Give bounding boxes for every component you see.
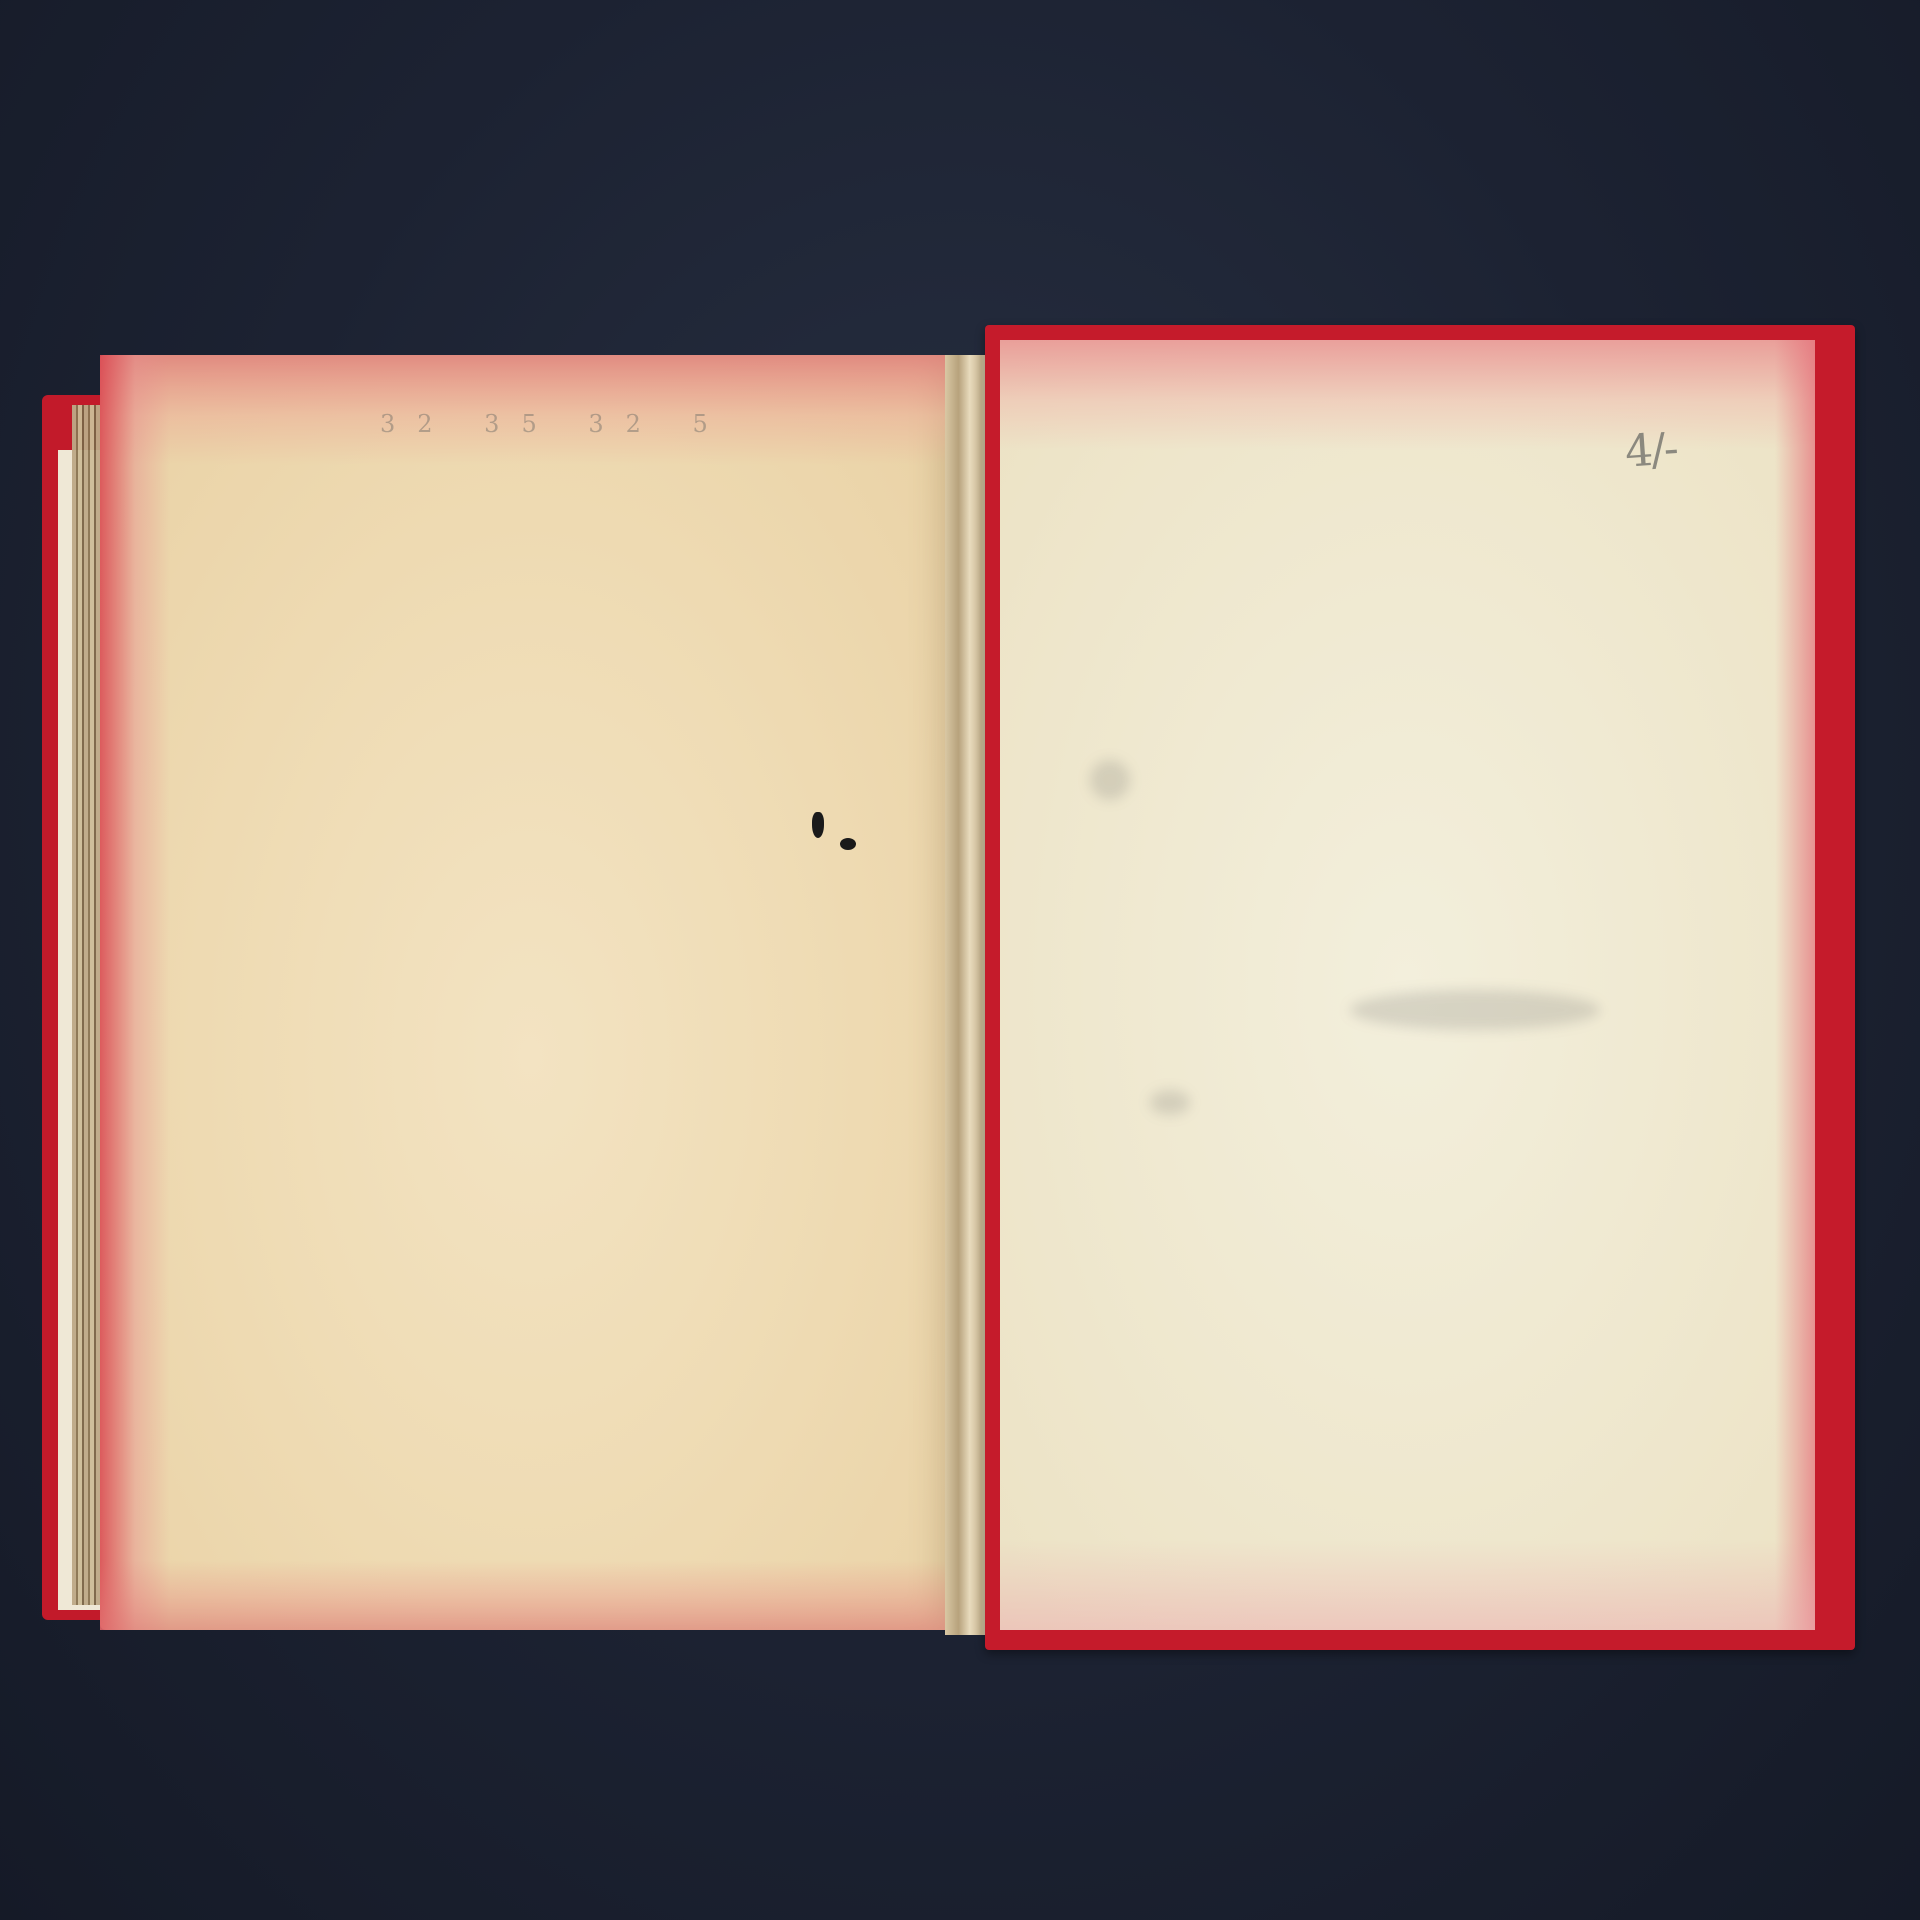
red-dye-stain-top (1000, 340, 1815, 450)
red-dye-stain-bottom (100, 1560, 960, 1630)
pencil-numbers: 32 35 32 5 (380, 410, 730, 438)
photo-scene: 32 35 32 5 4/- (0, 0, 1920, 1920)
smudge (1090, 760, 1130, 800)
pencil-price-mark: 4/- (1623, 423, 1678, 477)
smudge (1150, 1090, 1190, 1115)
red-dye-stain-right (1775, 340, 1815, 1630)
left-endpaper (100, 355, 960, 1630)
book-gutter (945, 355, 990, 1635)
ink-spot (812, 812, 824, 838)
red-dye-stain-left (100, 355, 170, 1630)
smudge (1350, 990, 1600, 1030)
right-pastedown (1000, 340, 1815, 1630)
red-dye-stain-bottom (1000, 1540, 1815, 1630)
ink-spot (840, 838, 856, 850)
